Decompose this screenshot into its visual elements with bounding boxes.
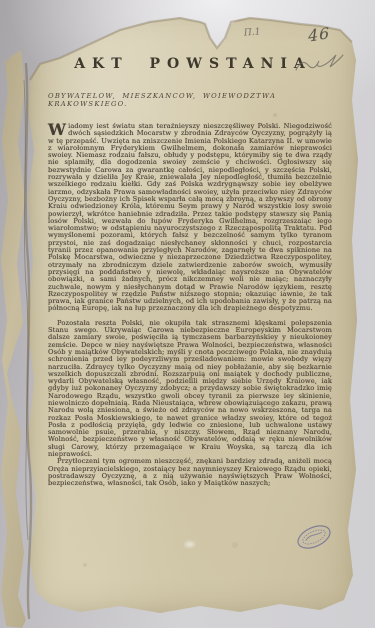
paragraph-1-text: iadomy iest światu stan teraźnieyszy nie… bbox=[48, 122, 332, 312]
torn-page-strip bbox=[0, 48, 30, 628]
pencil-note: П.1 bbox=[244, 27, 261, 38]
torn-seam-fiber bbox=[24, 80, 28, 540]
drop-cap: W bbox=[48, 124, 66, 136]
paragraph-3: Przytłoczeni tym ogromem nieszczęść, znę… bbox=[48, 458, 332, 487]
photo-backdrop: AKT POWSTANIA OBYWATELOW, MIESZKANCOW, W… bbox=[0, 0, 375, 628]
page-title: AKT POWSTANIA bbox=[24, 56, 362, 72]
paragraph-2: Pozostała reszta Polski, nie okupiła tak… bbox=[48, 320, 332, 459]
page-number-note: 46 bbox=[308, 23, 331, 46]
document-page: AKT POWSTANIA OBYWATELOW, MIESZKANCOW, W… bbox=[24, 4, 362, 618]
page-subtitle: OBYWATELOW, MIESZKANCOW, WOIEWODZTWA KRA… bbox=[48, 92, 334, 108]
document-body: Wiadomy iest światu stan teraźnieyszy ni… bbox=[48, 123, 332, 488]
paragraph-1: Wiadomy iest światu stan teraźnieyszy ni… bbox=[48, 123, 332, 313]
foxing-spots bbox=[24, 4, 26, 6]
